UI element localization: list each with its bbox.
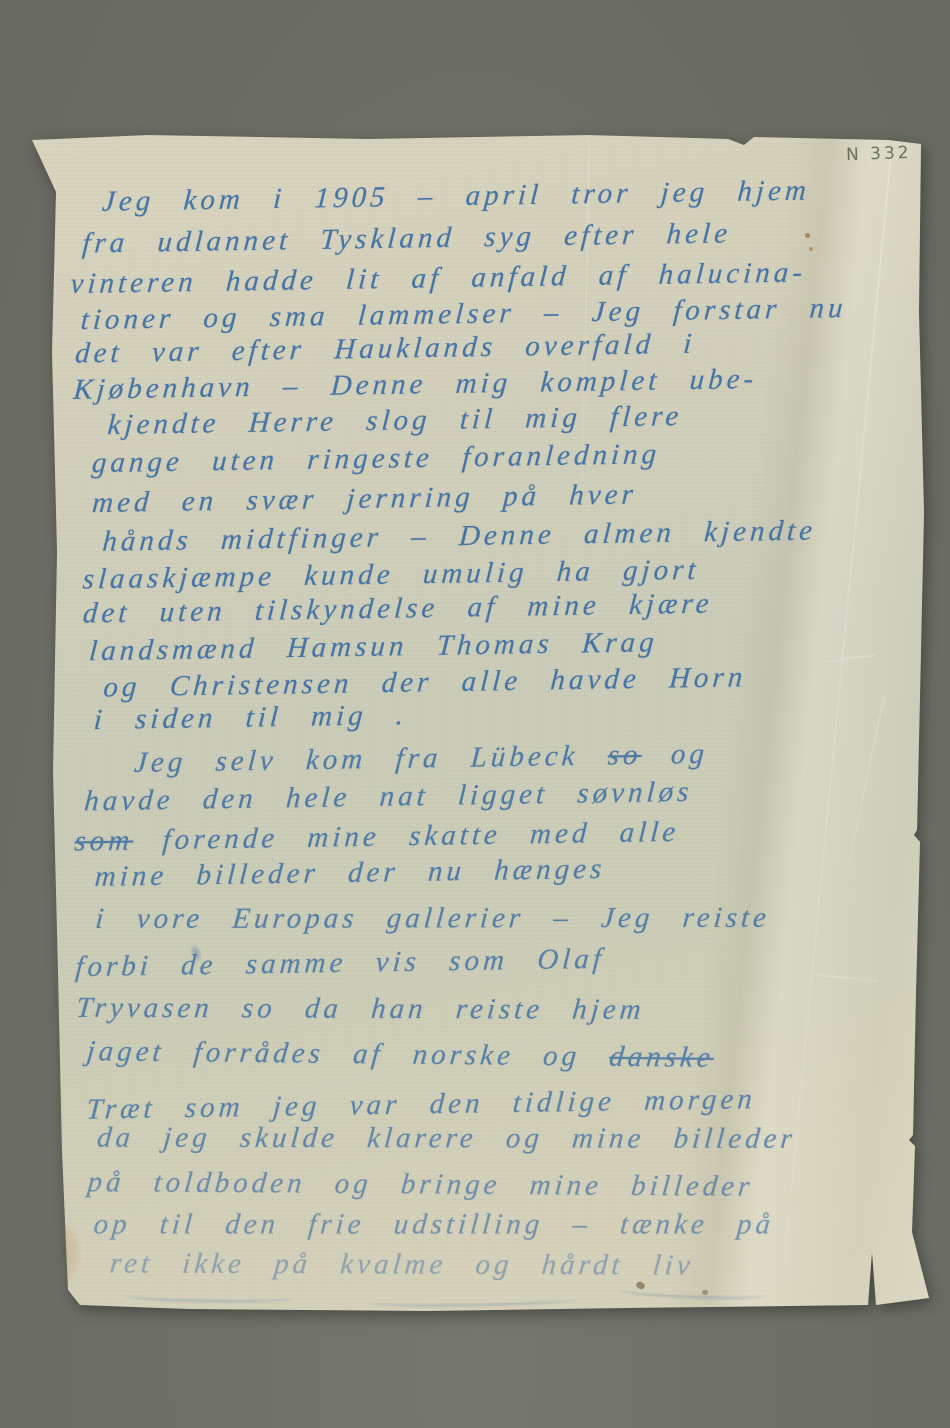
manuscript-line: og Christensen der alle havde Horn (102, 663, 747, 702)
manuscript-line: da jeg skulde klarere og mine billeder (96, 1124, 797, 1154)
handwritten-text: Kjøbenhavn – Denne mig komplet ube- (72, 363, 758, 406)
manuscript-line: forbi de samme vis som Olaf (74, 945, 605, 982)
manuscript-line: Træt som jeg var den tidlige morgen (85, 1085, 757, 1125)
handwritten-text: med en svær jernring på hver (91, 479, 638, 520)
struck-word: so (607, 739, 643, 772)
manuscript-line: i vore Europas gallerier – Jeg reiste (94, 904, 771, 934)
handwritten-text: hånds midtfinger – Denne almen kjendte (101, 515, 817, 558)
handwritten-text: op til den frie udstilling – tænke på (92, 1208, 775, 1240)
handwritten-text: i vore Europas gallerier – Jeg reiste (94, 902, 771, 935)
manuscript-line: kjendte Herre slog til mig flere (107, 402, 684, 440)
manuscript-line: Jeg selv kom fra Lübeck so og (133, 740, 709, 778)
handwritten-text: da jeg skulde klarere og mine billeder (96, 1122, 798, 1155)
handwritten-text: kjendte Herre slog til mig flere (107, 400, 684, 441)
manuscript-page-wrapper: N 332 Jeg kom i 1905 – april tror jeg hj… (0, 0, 950, 1428)
struck-word: som (73, 825, 134, 858)
handwritten-text: landsmænd Hamsun Thomas Krag (88, 626, 659, 667)
manuscript-line: havde den hele nat ligget søvnløs (83, 778, 693, 817)
manuscript-line: ret ikke på kvalme og hårdt liv (109, 1250, 695, 1281)
handwritten-text: og (641, 738, 710, 771)
handwritten-text: i siden til mig . (93, 699, 409, 736)
handwritten-text: Jeg kom i 1905 – april tror jeg hjem (101, 175, 811, 218)
manuscript-line: Jeg kom i 1905 – april tror jeg hjem (101, 177, 811, 217)
manuscript-line: mine billeder der nu hænges (94, 855, 607, 892)
manuscript-line: Kjøbenhavn – Denne mig komplet ube- (72, 365, 758, 405)
manuscript-line: i siden til mig . (93, 701, 408, 735)
handwritten-text: på toldboden og bringe mine billeder (86, 1166, 755, 1203)
handwritten-text: havde den hele nat ligget søvnløs (83, 776, 693, 818)
handwritten-text: gange uten ringeste foranledning (91, 438, 661, 479)
handwritten-text: Tryvasen so da han reiste hjem (75, 992, 646, 1026)
handwritten-text: og Christensen der alle havde Horn (102, 661, 747, 703)
manuscript-line: fra udlannet Tyskland syg efter hele (81, 219, 732, 258)
handwritten-text-block: Jeg kom i 1905 – april tror jeg hjemfra … (24, 129, 937, 1315)
manuscript-line: landsmænd Hamsun Thomas Krag (88, 628, 658, 666)
manuscript-line: med en svær jernring på hver (91, 481, 638, 519)
manuscript-page: N 332 Jeg kom i 1905 – april tror jeg hj… (28, 132, 933, 1312)
manuscript-line: op til den frie udstilling – tænke på (92, 1210, 775, 1239)
manuscript-line: tioner og sma lammelser – Jeg forstar nu (80, 294, 848, 335)
handwritten-text: fra udlannet Tyskland syg efter hele (81, 217, 732, 259)
handwritten-text: forbi de samme vis som Olaf (74, 943, 606, 983)
manuscript-line: det uten tilskyndelse af mine kjære (82, 590, 714, 629)
photo-backdrop: N 332 Jeg kom i 1905 – april tror jeg hj… (0, 0, 950, 1428)
manuscript-line: Tryvasen so da han reiste hjem (75, 994, 646, 1025)
handwritten-text: mine billeder der nu hænges (94, 853, 607, 893)
handwritten-text: Træt som jeg var den tidlige morgen (85, 1083, 757, 1126)
manuscript-line: på toldboden og bringe mine billeder (86, 1168, 754, 1202)
handwritten-text: tioner og sma lammelser – Jeg forstar nu (80, 292, 848, 336)
manuscript-line: jaget forrådes af norske og danske (85, 1037, 715, 1073)
manuscript-line: hånds midtfinger – Denne almen kjendte (101, 517, 817, 557)
struck-word: danske (608, 1041, 716, 1074)
manuscript-line: som forende mine skatte med alle (74, 818, 681, 857)
manuscript-line: vinteren hadde lit af anfald af halucina… (70, 259, 807, 300)
handwritten-text: Jeg selv kom fra Lübeck (133, 739, 609, 778)
handwritten-text: ret ikke på kvalme og hårdt liv (109, 1248, 696, 1282)
handwritten-text: forende mine skatte med alle (132, 816, 680, 857)
manuscript-line: det var efter Hauklands overfald i (74, 330, 696, 369)
handwritten-text: jaget forrådes af norske og (85, 1035, 611, 1073)
manuscript-line: gange uten ringeste foranledning (91, 440, 661, 478)
